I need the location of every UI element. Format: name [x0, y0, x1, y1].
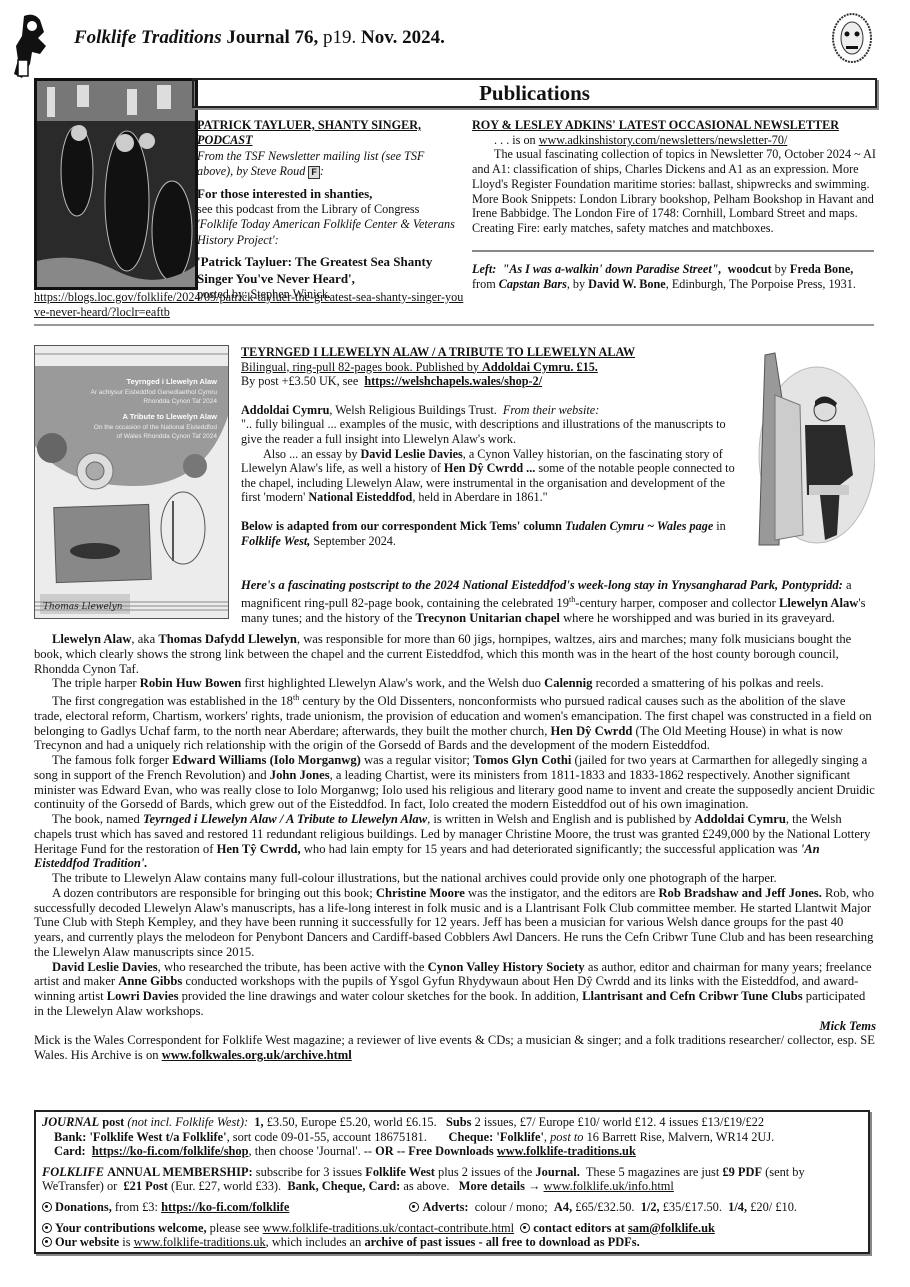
intro-bold: For those interested in shanties,: [197, 186, 372, 201]
podcast-url[interactable]: https://blogs.loc.gov/folklife/2024/09/p…: [34, 290, 463, 319]
is-on-text: . . . is on: [494, 133, 536, 147]
adverts-a4: A4,: [554, 1200, 572, 1214]
journal-label: JOURNAL: [42, 1115, 99, 1129]
bank-label: Bank:: [54, 1130, 86, 1144]
adapted-in: in: [716, 519, 725, 533]
folklife-logo-icon: [10, 12, 58, 80]
cover-welsh-title: Teyrnged i Llewelyn Alaw: [127, 377, 218, 386]
paragraph-7: A dozen contributors are responsible for…: [34, 886, 876, 960]
p7-1: Christine Moore: [376, 886, 465, 900]
caption-left-label: Left:: [472, 262, 496, 276]
membership-card: , Card:: [362, 1179, 400, 1193]
or-text: OR: [375, 1144, 394, 1158]
adverts-half: 1/2,: [641, 1200, 660, 1214]
section-title-box: Publications: [192, 78, 877, 108]
paragraph-3: The first congregation was established i…: [34, 691, 876, 753]
p2-3: Calennig: [544, 676, 592, 690]
cheque-name: 'Folklife': [496, 1130, 544, 1144]
p5-2: , is written in Welsh and English and is…: [427, 812, 694, 826]
membership-journal: Journal.: [535, 1165, 579, 1179]
caption-from: from: [472, 277, 496, 291]
caption-author: David W. Bone: [588, 277, 666, 291]
journal-post: post: [102, 1115, 124, 1129]
contrib-label: Your contributions welcome,: [55, 1221, 207, 1235]
cheque-address: 16 Barrett Rise, Malvern, WR14 2UJ.: [587, 1130, 775, 1144]
cover-welsh-sub1: Ar achlysur Eisteddfod Genedlaethol Cymr…: [91, 389, 218, 396]
source-colon: :: [320, 164, 324, 178]
intro-text: see this podcast from the Library of Con…: [197, 202, 419, 216]
bullet-icon: [42, 1237, 52, 1247]
page-header-title: Folklife Traditions Journal 76, p19. Nov…: [74, 27, 445, 49]
p8-0: David Leslie Davies: [52, 960, 158, 974]
adverts-label: Adverts:: [422, 1200, 468, 1214]
membership-title: ANNUAL MEMBERSHIP:: [107, 1165, 253, 1179]
p8-1: , who researched the tribute, has been a…: [158, 960, 428, 974]
membership-text5: (Eur. £27, world £33).: [171, 1179, 281, 1193]
p5-5: Hen Tŷ Cwrdd,: [217, 842, 301, 856]
p4-3: Tomos Glyn Cothi: [473, 753, 571, 767]
page-number: p19.: [323, 27, 356, 48]
patrick-tayluer-article: PATRICK TAYLUER, SHANTY SINGER, PODCAST …: [197, 118, 462, 308]
subs-text: 2 issues, £7/ Europe £10/ world £12. 4 i…: [475, 1115, 764, 1129]
p4-1: Edward Williams (Iolo Morganwg): [172, 753, 361, 767]
adapted-pub: Folklife West,: [241, 534, 310, 548]
column-name: Tudalen Cymru ~ Wales page: [565, 519, 713, 533]
postscript-f: where he worshipped and was buried in it…: [563, 611, 835, 625]
bullet-icon: [520, 1223, 530, 1233]
kofi-donate-link[interactable]: https://ko-fi.com/folklife: [161, 1200, 289, 1214]
adverts-quarter-price: £20/ £10.: [750, 1200, 797, 1214]
cheque-label: Cheque:: [449, 1130, 494, 1144]
p2-1: Robin Huw Bowen: [140, 676, 241, 690]
caption-by2: , by: [567, 277, 585, 291]
cover-eng-title: A Tribute to Llewelyn Alaw: [123, 412, 218, 421]
paragraph-1: Llewelyn Alaw, aka Thomas Dafydd Llewely…: [34, 632, 876, 676]
p8-4: Anne Gibbs: [118, 974, 182, 988]
journal-issue: Journal 76,: [226, 27, 318, 48]
bio-text: Mick is the Wales Correspondent for Folk…: [34, 1033, 875, 1062]
podcast-title: 'Patrick Tayluer: The Greatest Sea Shant…: [197, 254, 432, 285]
caption-book: Capstan Bars: [499, 277, 567, 291]
editor-email-link[interactable]: sam@folklife.uk: [628, 1221, 715, 1235]
card-text: , then choose 'Journal'. --: [249, 1144, 373, 1158]
website-link[interactable]: www.folklife-traditions.uk: [134, 1235, 266, 1249]
woodcut-caption: Left: "As I was a-walkin' down Paradise …: [472, 262, 877, 292]
membership-pdf: £9 PDF: [722, 1165, 762, 1179]
bullet-icon: [409, 1202, 419, 1212]
cover-eng-sub2: of Wales Rhondda Cynon Taf 2024: [117, 433, 218, 440]
divider: [472, 250, 874, 252]
p3-0: The first congregation was established i…: [52, 694, 293, 708]
article-intro: Here's a fascinating postscript to the 2…: [241, 578, 881, 625]
paragraph-5: The book, named Teyrnged i Llewelyn Alaw…: [34, 812, 876, 871]
journal-price-1: 1,: [254, 1115, 263, 1129]
cover-welsh-sub2: Rhondda Cynon Taf 2024: [143, 398, 217, 405]
journal-prices: £3.50, Europe £5.20, world £6.15.: [267, 1115, 437, 1129]
adverts-a4-price: £65/£32.50.: [575, 1200, 634, 1214]
issue-date: Nov. 2024.: [361, 27, 445, 48]
caption-publisher: , Edinburgh, The Porpoise Press, 1931.: [666, 277, 856, 291]
org-name: Addoldai Cymru: [241, 403, 329, 417]
p8-8: Llantrisant and Cefn Cribwr Tune Clubs: [582, 989, 803, 1003]
bullet-icon: [42, 1223, 52, 1233]
membership-text1: subscribe for 3 issues: [256, 1165, 362, 1179]
author-bio: Mick is the Wales Correspondent for Folk…: [34, 1033, 876, 1063]
bullet-icon: [42, 1202, 52, 1212]
donations-label: Donations,: [55, 1200, 112, 1214]
book-cover-image: Teyrnged i Llewelyn Alaw Ar achlysur Eis…: [34, 345, 229, 619]
q2b: David Leslie Davies: [361, 447, 463, 461]
subscription-info-box: JOURNAL post (not incl. Folklife West): …: [34, 1110, 870, 1254]
tribute-heading: TEYRNGED I LLEWELYN ALAW / A TRIBUTE TO …: [241, 345, 635, 359]
free-downloads-link[interactable]: www.folklife-traditions.uk: [497, 1144, 636, 1158]
book-description: Bilingual, ring-pull 82-pages book. Publ…: [241, 360, 479, 374]
adverts-quarter: 1/4,: [728, 1200, 747, 1214]
more-details: More details →: [459, 1179, 541, 1193]
caption-artist: Freda Bone,: [790, 262, 853, 276]
section-title: Publications: [194, 80, 875, 106]
kofi-shop-link[interactable]: https://ko-fi.com/folklife/shop: [92, 1144, 249, 1158]
p5-1: Teyrnged i Llewelyn Alaw / A Tribute to …: [143, 812, 427, 826]
free-downloads-label: -- Free Downloads: [397, 1144, 494, 1158]
p1-1: , aka: [131, 632, 158, 646]
article-body: Llewelyn Alaw, aka Thomas Dafydd Llewely…: [34, 632, 876, 1063]
adkins-body: The usual fascinating collection of topi…: [472, 147, 877, 235]
author-signature: Mick Tems: [34, 1019, 876, 1034]
article-heading: ROY & LESLEY ADKINS' LATEST OCCASIONAL N…: [472, 118, 839, 132]
paragraph-8: David Leslie Davies, who researched the …: [34, 960, 876, 1019]
q2f: National Eisteddfod: [308, 490, 412, 504]
folklife-info-link[interactable]: www.folklife.uk/info.html: [544, 1179, 674, 1193]
caption-title: "As I was a-walkin' down Paradise Street…: [502, 262, 721, 276]
podcast-link[interactable]: https://blogs.loc.gov/folklife/2024/09/p…: [34, 290, 464, 321]
website-archive: archive of past issues - all free to dow…: [364, 1235, 639, 1249]
membership-above: as above.: [403, 1179, 449, 1193]
paragraph-6: The tribute to Llewelyn Alaw contains ma…: [34, 871, 876, 886]
p8-7: provided the line drawings and water col…: [178, 989, 582, 1003]
p7-2: was the instigator, and the editors are: [465, 886, 659, 900]
section-divider: [34, 324, 874, 326]
tribute-book-info: TEYRNGED I LLEWELYN ALAW / A TRIBUTE TO …: [241, 345, 741, 548]
p8-6: Lowri Davies: [107, 989, 179, 1003]
cover-signature: Thomas Llewelyn: [43, 602, 123, 612]
website-text: , which includes an: [266, 1235, 362, 1249]
paradise-street-woodcut-image: [34, 78, 198, 290]
p7-3: Rob Bradshaw and Jeff Jones.: [658, 886, 821, 900]
p2-4: recorded a smattering of his polkas and …: [592, 676, 823, 690]
facebook-badge-icon: F: [308, 166, 320, 179]
intro-italic: 'Folklife Today American Folklife Center…: [197, 217, 455, 246]
article-heading-sub: PODCAST: [197, 133, 253, 147]
p7-0: A dozen contributors are responsible for…: [52, 886, 376, 900]
p3-3: Hen Dŷ Cwrdd: [551, 724, 633, 738]
membership-post: £21 Post: [123, 1179, 167, 1193]
welsh-chapels-shop-link[interactable]: https://welshchapels.wales/shop-2/: [364, 374, 542, 388]
book-publisher-price: Addoldai Cymru. £15.: [482, 360, 598, 374]
adapted-date: September 2024.: [313, 534, 396, 548]
p4-5: John Jones: [270, 768, 330, 782]
caption-by: by: [775, 262, 787, 276]
p5-6: who had lain empty for 15 years and had …: [301, 842, 801, 856]
website-quote-1: ".. fully bilingual ... examples of the …: [241, 417, 741, 446]
membership-fw: Folklife West: [365, 1165, 435, 1179]
postage-text: By post +£3.50 UK, see: [241, 374, 358, 388]
org-website-label: From their website:: [503, 403, 599, 417]
p4-0: The famous folk forger: [52, 753, 172, 767]
p5-3: Addoldai Cymru: [695, 812, 786, 826]
p4-2: was a regular visitor;: [361, 753, 473, 767]
adkins-newsletter-article: ROY & LESLEY ADKINS' LATEST OCCASIONAL N…: [472, 118, 877, 236]
membership-label: FOLKLIFE: [42, 1165, 104, 1179]
postscript-italic: Here's a fascinating postscript to the 2…: [241, 578, 843, 592]
contact-label: contact editors at: [533, 1221, 625, 1235]
cover-eng-sub1: On the occasion of the National Eisteddf…: [94, 424, 218, 431]
paragraph-4: The famous folk forger Edward Williams (…: [34, 753, 876, 812]
adkins-newsletter-link[interactable]: www.adkinshistory.com/newsletters/newsle…: [539, 133, 788, 147]
postscript-b: -century harper, composer and collector: [575, 596, 776, 610]
adverts-half-price: £35/£17.50.: [663, 1200, 722, 1214]
p1-2: Thomas Dafydd Llewelyn: [158, 632, 297, 646]
membership-text2: plus 2 issues of the: [438, 1165, 532, 1179]
caption-woodcut: woodcut: [728, 262, 772, 276]
contribute-link[interactable]: www.folklife-traditions.uk/contact-contr…: [263, 1221, 514, 1235]
green-man-mask-icon: [830, 12, 874, 64]
membership-text3: These 5 magazines are just: [586, 1165, 720, 1179]
postscript-e: Trecynon Unitarian chapel: [416, 611, 560, 625]
q2g: , held in Aberdare in 1861.": [412, 490, 547, 504]
postscript-c: Llewelyn Alaw: [779, 596, 858, 610]
p2-2: first highlighted Llewelyn Alaw's work, …: [241, 676, 544, 690]
membership-bcc: Bank, Cheque: [287, 1179, 362, 1193]
journal-note: (not incl. Folklife West):: [127, 1115, 248, 1129]
website-label: Our website: [55, 1235, 119, 1249]
p5-0: The book, named: [52, 812, 143, 826]
org-desc: , Welsh Religious Buildings Trust.: [329, 403, 496, 417]
contrib-text: please see: [210, 1221, 260, 1235]
adapted-from: Below is adapted from our correspondent …: [241, 519, 562, 533]
bank-name: 'Folklife West t/a Folklife': [89, 1130, 226, 1144]
paragraph-2: The triple harper Robin Huw Bowen first …: [34, 676, 876, 691]
adverts-text: colour / mono;: [475, 1200, 548, 1214]
bank-details: , sort code 09-01-55, account 18675181.: [227, 1130, 427, 1144]
p2-0: The triple harper: [52, 676, 140, 690]
donations-text: from £3:: [115, 1200, 158, 1214]
llewelyn-alaw-portrait-image: [745, 345, 875, 550]
p8-2: Cynon Valley History Society: [428, 960, 585, 974]
q2a: Also ... an essay by: [263, 447, 357, 461]
card-label: Card:: [54, 1144, 86, 1158]
article-heading: PATRICK TAYLUER, SHANTY SINGER,: [197, 118, 421, 132]
subs-label: Subs: [446, 1115, 472, 1129]
website-is: is: [122, 1235, 130, 1249]
journal-name: Folklife Traditions: [74, 27, 222, 48]
q2d: Hen Dŷ Cwrdd ...: [444, 461, 535, 475]
p1-0: Llewelyn Alaw: [52, 632, 131, 646]
cheque-post: , post to: [544, 1130, 584, 1144]
folkwales-archive-link[interactable]: www.folkwales.org.uk/archive.html: [162, 1048, 352, 1062]
